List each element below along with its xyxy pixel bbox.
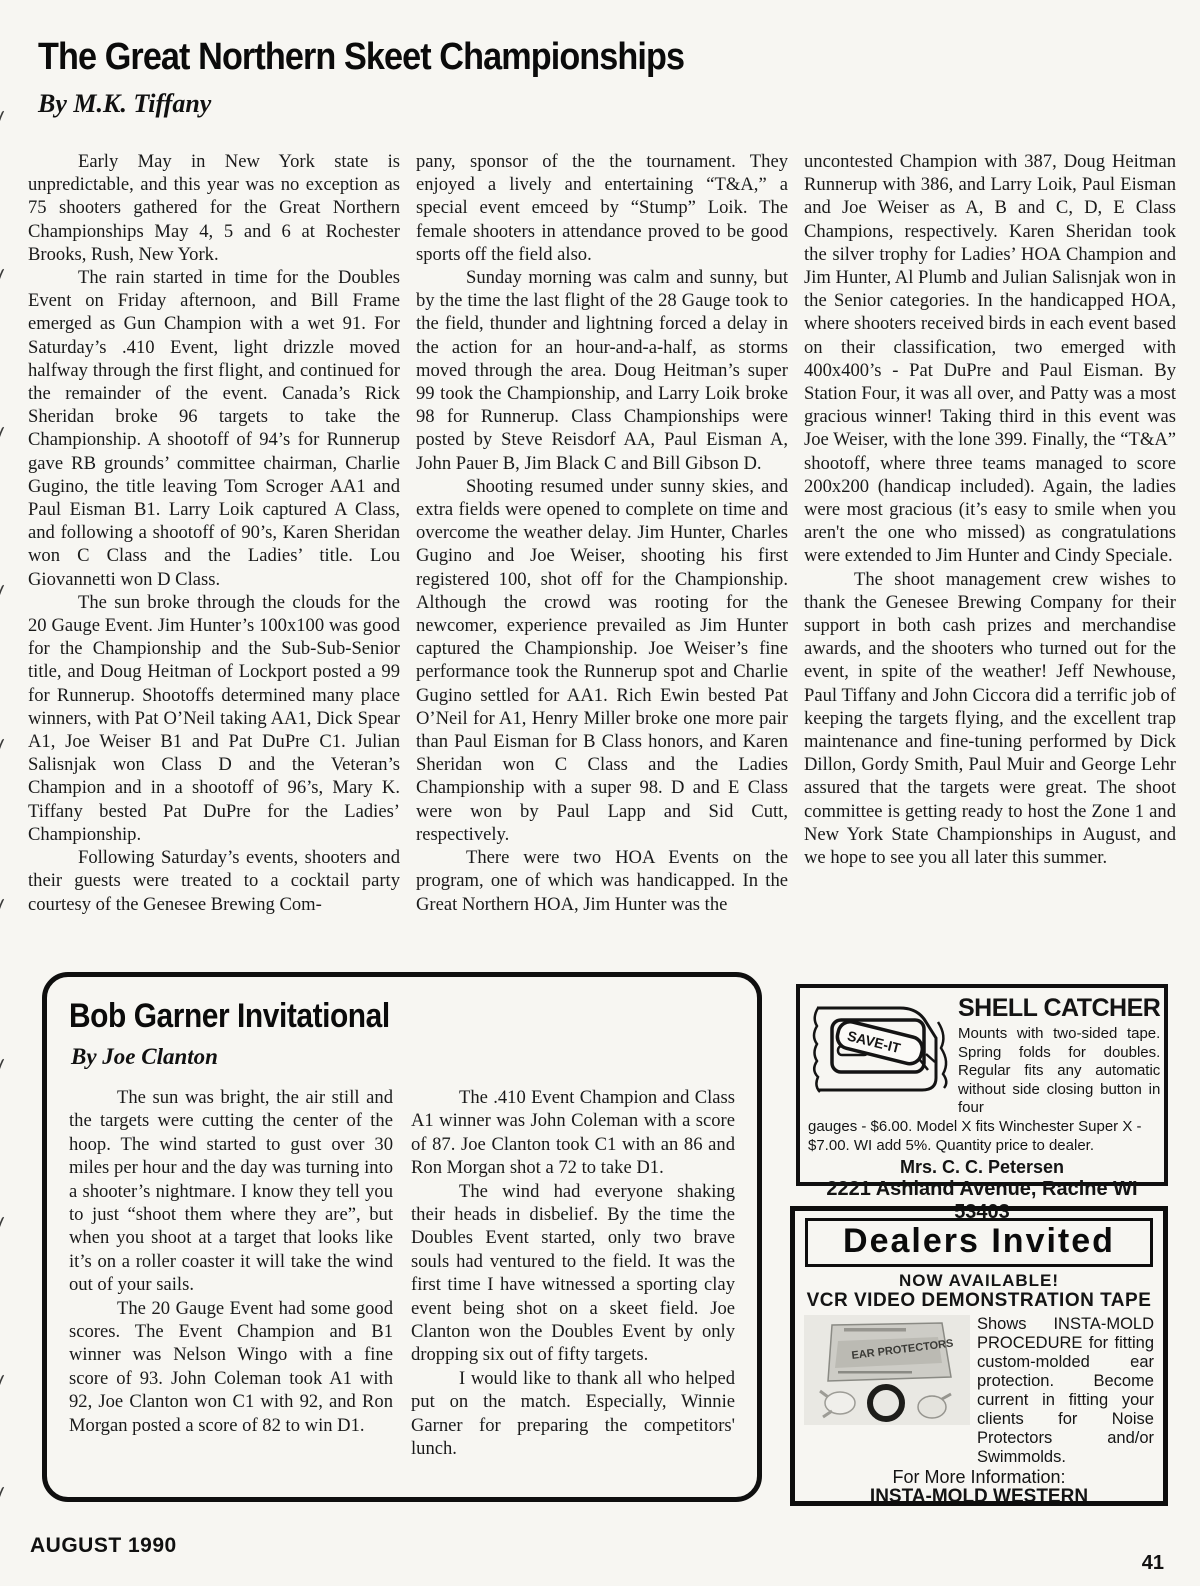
shell-catcher-illustration-icon: SAVE-IT — [808, 994, 954, 1106]
dealers-middle: EAR PROTECTORS Shows INSTA-MOLD PROCEDUR… — [804, 1315, 1154, 1467]
invitational-byline: By Joe Clanton — [71, 1044, 735, 1070]
shell-catcher-top: SAVE-IT SHELL CATCHER Mounts with two-si… — [808, 994, 1156, 1118]
scan-tick-mark: ✓ — [0, 106, 17, 130]
article-paragraph: The sun broke through the clouds for the… — [28, 591, 400, 846]
shell-catcher-body-full: gauges - $6.00. Model X fits Winchester … — [808, 1118, 1156, 1155]
article-body: Early May in New York state is unpredict… — [28, 150, 1176, 962]
invitational-paragraph: The sun was bright, the air still and th… — [69, 1086, 393, 1297]
page-title: The Great Northern Skeet Championships — [38, 36, 684, 79]
scan-tick-mark: ✓ — [0, 264, 17, 288]
invitational-paragraph: The wind had everyone shaking their head… — [411, 1180, 735, 1367]
invitational-column-2: The .410 Event Champion and Class A1 win… — [411, 1086, 735, 1461]
footer-page-number: 41 — [1142, 1552, 1164, 1575]
magazine-page: ✓ ✓ ✓ ✓ ✓ ✓ ✓ ✓ ✓ ✓ The Great Northern S… — [0, 0, 1200, 1586]
dealers-body-copy: Shows INSTA-MOLD PROCEDURE for fitting c… — [977, 1315, 1154, 1467]
dealers-invited-ad: Dealers Invited NOW AVAILABLE! VCR VIDEO… — [790, 1206, 1168, 1506]
invitational-article: Bob Garner Invitational By Joe Clanton T… — [42, 972, 762, 1502]
shell-catcher-body: Mounts with two-sided tape. Spring folds… — [958, 1025, 1160, 1118]
article-byline: By M.K. Tiffany — [38, 89, 756, 119]
scan-tick-mark: ✓ — [0, 422, 17, 446]
footer-issue-date: AUGUST 1990 — [30, 1534, 177, 1558]
scan-tick-mark: ✓ — [0, 1482, 17, 1506]
ear-protectors-photo: EAR PROTECTORS — [804, 1315, 970, 1425]
article-column-1: Early May in New York state is unpredict… — [28, 150, 400, 962]
invitational-column-1: The sun was bright, the air still and th… — [69, 1086, 393, 1461]
scan-tick-mark: ✓ — [0, 1370, 17, 1394]
article-paragraph: Following Saturday’s events, shooters an… — [28, 846, 400, 916]
dealers-info-label: For More Information: — [804, 1468, 1154, 1487]
article-paragraph: The shoot management crew wishes to than… — [804, 568, 1176, 870]
article-column-3: uncontested Champion with 387, Doug Heit… — [804, 150, 1176, 962]
scan-tick-mark: ✓ — [0, 894, 17, 918]
article-paragraph: Shooting resumed under sunny skies, and … — [416, 475, 788, 846]
article-paragraph: Early May in New York state is unpredict… — [28, 150, 400, 266]
invitational-title: Bob Garner Invitational — [69, 997, 655, 1036]
invitational-paragraph: The .410 Event Champion and Class A1 win… — [411, 1086, 735, 1180]
article-paragraph: pany, sponsor of the the tournament. The… — [416, 150, 788, 266]
shell-catcher-ad: SAVE-IT SHELL CATCHER Mounts with two-si… — [796, 984, 1168, 1186]
shell-catcher-contact-name: Mrs. C. C. Petersen — [808, 1157, 1156, 1178]
dealers-now-available: NOW AVAILABLE! — [804, 1271, 1154, 1290]
article-paragraph: uncontested Champion with 387, Doug Heit… — [804, 150, 1176, 568]
article-paragraph: The rain started in time for the Doubles… — [28, 266, 400, 591]
scan-tick-mark: ✓ — [0, 1212, 17, 1236]
invitational-paragraph: I would like to thank all who helped put… — [411, 1367, 735, 1461]
article-header: The Great Northern Skeet Championships B… — [38, 36, 756, 119]
dealers-headline: Dealers Invited — [805, 1218, 1153, 1267]
scan-tick-mark: ✓ — [0, 734, 17, 758]
dealers-org-name: INSTA-MOLD WESTERN HEADQUARTERS — [804, 1487, 1154, 1506]
article-paragraph: There were two HOA Events on the program… — [416, 846, 788, 916]
scan-tick-mark: ✓ — [0, 1054, 17, 1078]
article-paragraph: Sunday morning was calm and sunny, but b… — [416, 266, 788, 475]
shell-catcher-title: SHELL CATCHER — [958, 994, 1160, 1023]
scan-tick-mark: ✓ — [0, 580, 17, 604]
article-column-2: pany, sponsor of the the tournament. The… — [416, 150, 788, 962]
shell-catcher-copy: SHELL CATCHER Mounts with two-sided tape… — [958, 994, 1160, 1118]
invitational-body: The sun was bright, the air still and th… — [69, 1086, 735, 1461]
invitational-paragraph: The 20 Gauge Event had some good scores.… — [69, 1297, 393, 1437]
dealers-vcr-tape-line: VCR VIDEO DEMONSTRATION TAPE — [804, 1290, 1154, 1312]
